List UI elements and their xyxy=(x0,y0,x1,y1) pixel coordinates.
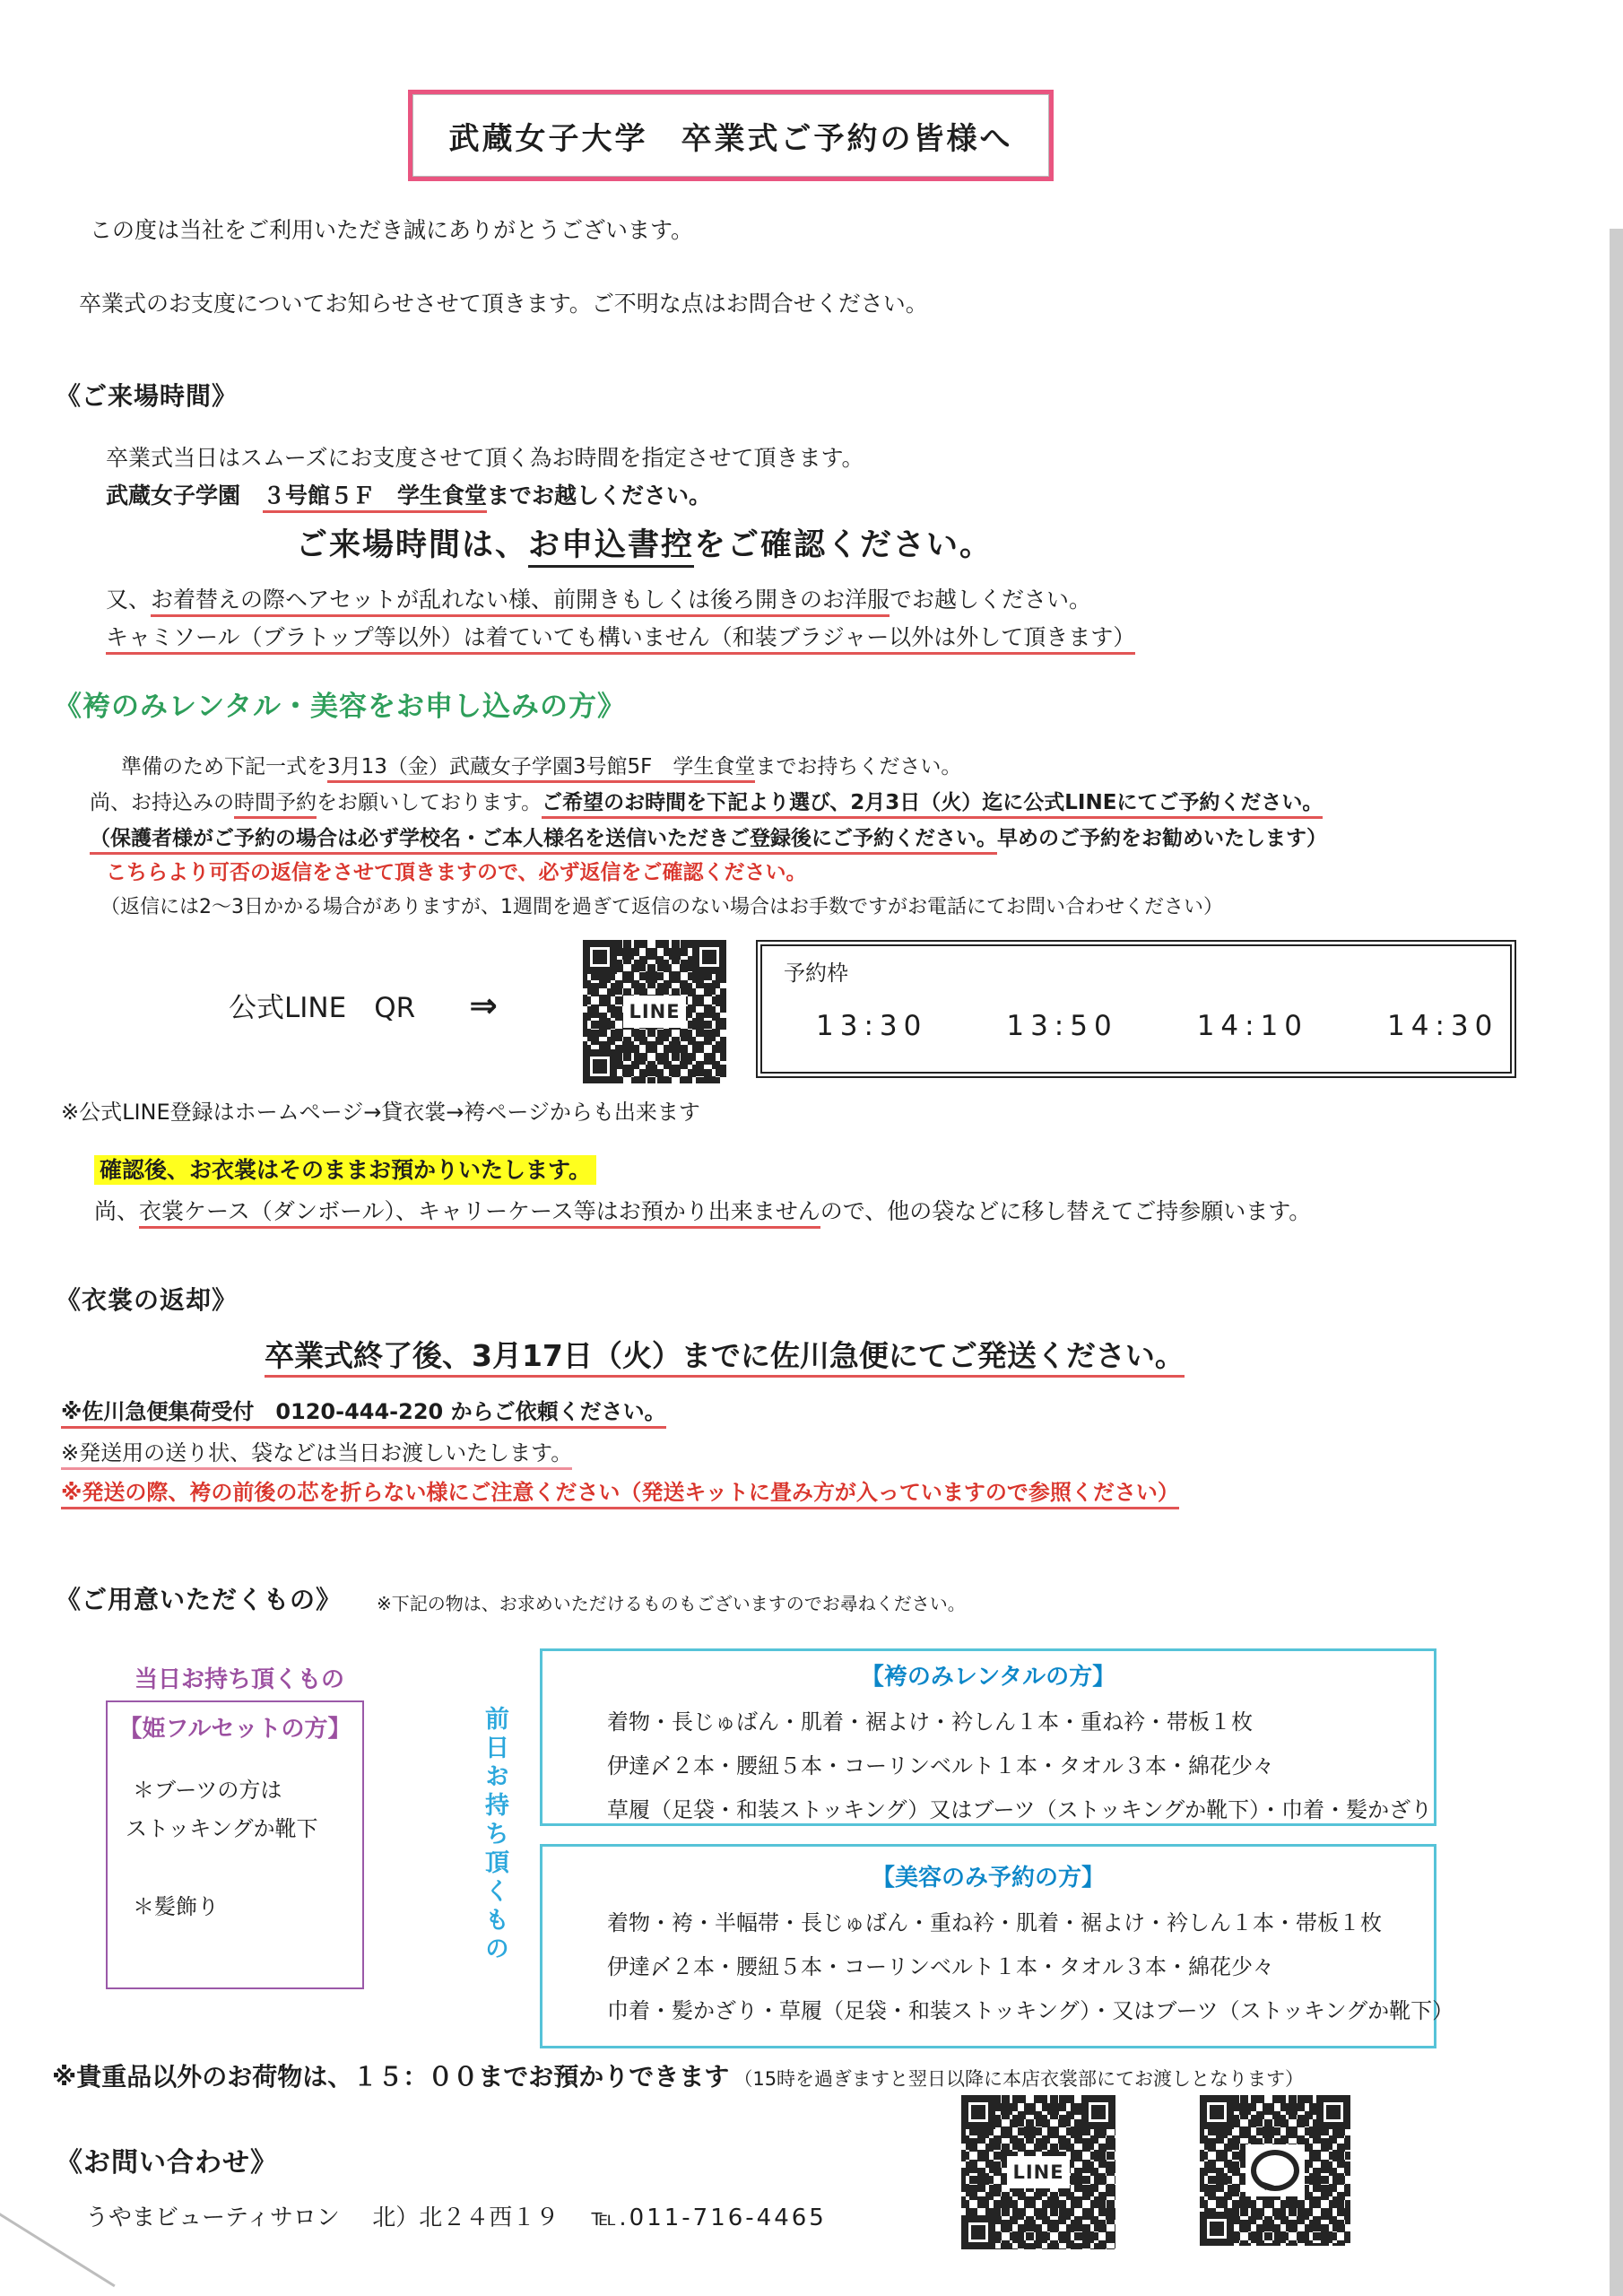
hakama-line-1: 準備のため下記一式を3月13（金）武蔵女子学園3号館5F 学生食堂までお持ちくだ… xyxy=(121,753,961,781)
arrival-line-1: 卒業式当日はスムーズにお支度させて頂く為お時間を指定させて頂きます。 xyxy=(106,443,864,474)
rental-only-title: 【袴のみレンタルの方】 xyxy=(542,1658,1434,1692)
same-day-item: ＊髪飾り xyxy=(133,1889,352,1920)
section-heading-hakama: 《袴のみレンタル・美容をお申し込みの方》 xyxy=(54,683,626,724)
hakama-line-1-pre: 準備のため下記一式を xyxy=(121,755,327,778)
document-title: 武蔵女子大学 卒業式ご予約の皆様へ xyxy=(449,114,1013,158)
hakama-line-2-underlined-2: ご希望のお時間を下記より選び、2月3日（火）迄に公式LINEにてご予約ください。 xyxy=(542,791,1323,819)
title-box: 武蔵女子大学 卒業式ご予約の皆様へ xyxy=(408,90,1054,181)
hakama-line-5: （返信には2～3日かかる場合がありますが、1週間を過ぎて返信のない場合はお手数で… xyxy=(100,894,1223,921)
return-note-3: ※発送の際、袴の前後の芯を折らない様にご注意ください（発送キットに畳み方が入って… xyxy=(61,1478,1179,1507)
return-note-2-underlined: ※発送用の送り状、袋などは当日お渡しいたします。 xyxy=(61,1440,572,1470)
contact-phone: ℡.011-716-4465 xyxy=(591,2205,826,2231)
hakama-line-1-underlined: 3月13（金）武蔵女子学園3号館5F 学生食堂 xyxy=(327,755,755,783)
same-day-item: ＊ブーツの方は xyxy=(133,1772,352,1804)
keep-highlighted-text: 確認後、お衣裳はそのままお預かりいたします。 xyxy=(94,1155,596,1185)
section-heading-prepare: 《ご用意いただくもの》 xyxy=(56,1580,342,1616)
line-logo: LINE xyxy=(1007,2156,1070,2188)
section-heading-contact: 《お問い合わせ》 xyxy=(56,2140,278,2179)
time-slot: 14:30 xyxy=(1387,1010,1498,1042)
rental-only-line: 伊達〆２本・腰紐５本・コーリンベルト１本・タオル３本・綿花少々 xyxy=(607,1748,1434,1779)
contact-salon-name: うやまビューティサロン xyxy=(85,2205,340,2231)
hakama-line-3: （保護者様がご予約の場合は必ず学校名・ご本人様名を送信いただきご登録後にご予約く… xyxy=(90,825,1327,853)
qr-finder-icon xyxy=(692,940,726,974)
line-qr-row: 公式LINE QR ⇒ xyxy=(229,985,498,1025)
speech-bubble-shape xyxy=(1251,2150,1299,2191)
prepare-note: ※下記の物は、お求めいただけるものもございますのでお尋ねください。 xyxy=(377,1589,966,1615)
line-registration-note: ※公式LINE登録はホームページ→貸衣裳→袴ページからも出来ます xyxy=(61,1098,700,1126)
beauty-only-line: 着物・袴・半幅帯・長じゅばん・重ね衿・肌着・裾よけ・衿しん１本・帯板１枚 xyxy=(607,1905,1434,1936)
time-slot: 13:50 xyxy=(1006,1010,1117,1042)
valuables-line: ※貴重品以外のお荷物は、１５：００までお預かりできます （15時を過ぎますと翌日… xyxy=(52,2057,1304,2093)
hakama-line-4-red: こちらより可否の返信をさせて頂きますので、必ず返信をご確認ください。 xyxy=(106,859,807,887)
qr-finder-icon xyxy=(583,940,617,974)
arrival-line-4: キャミソール（ブラトップ等以外）は着ていても構いません（和装ブラジャー以外は外し… xyxy=(106,622,1135,653)
hakama-line-1-post: までお持ちください。 xyxy=(755,755,961,778)
keep-case-post: ので、他の袋などに移し替えてご持参願います。 xyxy=(820,1198,1312,1224)
same-day-box: 【姫フルセットの方】 ＊ブーツの方は ストッキングか靴下 ＊髪飾り xyxy=(106,1700,364,1989)
contact-chat-qr-code xyxy=(1200,2095,1350,2246)
rental-only-box: 【袴のみレンタルの方】 着物・長じゅばん・肌着・裾よけ・衿しん１本・重ね衿・帯板… xyxy=(540,1648,1436,1826)
scan-edge-artifact xyxy=(1610,229,1623,2296)
hakama-line-2-mid: をお願いしております。 xyxy=(317,791,542,814)
arrival-line-4-underlined: キャミソール（ブラトップ等以外）は着ていても構いません（和装ブラジャー以外は外し… xyxy=(106,624,1135,655)
document-page: 武蔵女子大学 卒業式ご予約の皆様へ この度は当社をご利用いただき誠にありがとうご… xyxy=(0,0,1623,2296)
keep-case-pre: 尚、 xyxy=(94,1198,139,1224)
line-logo: LINE xyxy=(623,996,686,1028)
qr-finder-icon xyxy=(961,2095,995,2129)
line-qr-label: 公式LINE QR xyxy=(229,985,415,1025)
rental-only-line: 着物・長じゅばん・肌着・裾よけ・衿しん１本・重ね衿・帯板１枚 xyxy=(607,1704,1434,1735)
hakama-line-3-post: 早めのご予約をお勧めいたします） xyxy=(997,827,1327,850)
return-note-2: ※発送用の送り状、袋などは当日お渡しいたします。 xyxy=(61,1439,572,1467)
contact-address: 北）北２４西１９ xyxy=(372,2205,559,2231)
section-heading-arrival: 《ご来場時間》 xyxy=(56,377,238,413)
keep-case-line: 尚、衣裳ケース（ダンボール）、キャリーケース等はお預かり出来ませんので、他の袋な… xyxy=(94,1196,1311,1227)
time-slot: 14:10 xyxy=(1197,1010,1308,1042)
rental-only-line: 草履（足袋・和装ストッキング）又はブーツ（ストッキングか靴下）・巾着・髪かざり xyxy=(607,1792,1434,1823)
valuables-note: （15時を過ぎますと翌日以降に本店衣裳部にてお渡しとなります） xyxy=(733,2068,1304,2090)
return-note-1-underlined: ※佐川急便集荷受付 0120-444-220 からご依頼ください。 xyxy=(61,1399,666,1429)
prev-day-vertical-label: 前日お持ち頂くもの xyxy=(477,1706,512,2015)
return-main-underlined: 卒業式終了後、3月17日（火）までに佐川急便にてご発送ください。 xyxy=(265,1338,1185,1378)
arrival-line-3-pre: 又、 xyxy=(106,587,151,613)
time-slot: 13:30 xyxy=(816,1010,927,1042)
beauty-only-line: 伊達〆２本・腰紐５本・コーリンベルト１本・タオル３本・綿花少々 xyxy=(607,1949,1434,1980)
return-note-3-underlined: ※発送の際、袴の前後の芯を折らない様にご注意ください（発送キットに畳み方が入って… xyxy=(61,1480,1179,1509)
arrow-right-icon: ⇒ xyxy=(469,986,498,1025)
qr-finder-icon xyxy=(583,1049,617,1083)
contact-line: うやまビューティサロン 北）北２４西１９ ℡.011-716-4465 xyxy=(85,2199,827,2232)
hakama-line-2: 尚、お持込みの時間予約をお願いしております。ご希望のお時間を下記より選び、2月3… xyxy=(90,789,1323,817)
arrival-line-3-post: でお越しください。 xyxy=(890,587,1091,613)
hakama-line-2-underlined-1: 時間予約 xyxy=(234,791,317,819)
big-notice-pre: ご来場時間は、 xyxy=(296,527,528,563)
reservation-box-title: 予約枠 xyxy=(784,955,1510,987)
contact-line-qr-code: LINE xyxy=(961,2095,1115,2249)
hakama-line-2-pre: 尚、お持込みの xyxy=(90,791,234,814)
intro-line-2: 卒業式のお支度についてお知らせさせて頂きます。ご不明な点はお問合せください。 xyxy=(79,289,928,319)
valuables-main: ※貴重品以外のお荷物は、１５：００までお預かりできます xyxy=(52,2062,729,2092)
beauty-only-line: 巾着・髪かざり・草履（足袋・和装ストッキング）・又はブーツ（ストッキングか靴下） xyxy=(607,1993,1434,2024)
qr-finder-icon xyxy=(1200,2212,1234,2246)
big-notice-underlined: お申込書控 xyxy=(528,527,694,568)
arrival-line-2-post: までお越しください。 xyxy=(487,483,711,509)
keep-case-underlined: 衣裳ケース（ダンボール）、キャリーケース等はお預かり出来ません xyxy=(139,1198,820,1229)
beauty-only-title: 【美容のみ予約の方】 xyxy=(542,1859,1434,1892)
reservation-slot-box: 予約枠 13:30 13:50 14:10 14:30 xyxy=(756,940,1516,1078)
qr-finder-icon xyxy=(961,2215,995,2249)
intro-line-1: この度は当社をご利用いただき誠にありがとうございます。 xyxy=(90,215,693,246)
arrival-line-3: 又、お着替えの際ヘアセットが乱れない様、前開きもしくは後ろ開きのお洋服でお越しく… xyxy=(106,585,1091,615)
arrival-line-3-underlined: お着替えの際ヘアセットが乱れない様、前開きもしくは後ろ開きのお洋服 xyxy=(151,587,890,617)
hakama-line-3-underlined: （保護者様がご予約の場合は必ず学校名・ご本人様名を送信いただきご登録後にご予約く… xyxy=(90,827,997,855)
qr-finder-icon xyxy=(1316,2095,1350,2129)
reservation-times: 13:30 13:50 14:10 14:30 xyxy=(816,1010,1510,1042)
same-day-item: ストッキングか靴下 xyxy=(126,1811,352,1842)
section-heading-return: 《衣裳の返却》 xyxy=(56,1281,238,1317)
big-notice-post: をご確認ください。 xyxy=(694,527,993,563)
return-note-1: ※佐川急便集荷受付 0120-444-220 からご依頼ください。 xyxy=(61,1397,666,1426)
arrival-line-2-underlined: ３号館５Ｆ 学生食堂 xyxy=(263,483,487,513)
line-qr-code: LINE xyxy=(583,940,726,1083)
same-day-box-title: 【姫フルセットの方】 xyxy=(118,1715,352,1745)
qr-finder-icon xyxy=(1200,2095,1234,2129)
arrival-line-2: 武蔵女子学園 ３号館５Ｆ 学生食堂までお越しください。 xyxy=(106,481,711,511)
return-main-notice: 卒業式終了後、3月17日（火）までに佐川急便にてご発送ください。 xyxy=(265,1333,1185,1375)
arrival-big-notice: ご来場時間は、お申込書控をご確認ください。 xyxy=(296,520,993,565)
qr-finder-icon xyxy=(1081,2095,1115,2129)
same-day-heading: 当日お持ち頂くもの xyxy=(135,1661,344,1694)
keep-highlight-line: 確認後、お衣裳はそのままお預かりいたします。 xyxy=(94,1155,596,1186)
beauty-only-box: 【美容のみ予約の方】 着物・袴・半幅帯・長じゅばん・重ね衿・肌着・裾よけ・衿しん… xyxy=(540,1844,1436,2048)
speech-bubble-icon xyxy=(1245,2144,1305,2196)
arrival-line-2-pre: 武蔵女子学園 xyxy=(106,483,263,509)
